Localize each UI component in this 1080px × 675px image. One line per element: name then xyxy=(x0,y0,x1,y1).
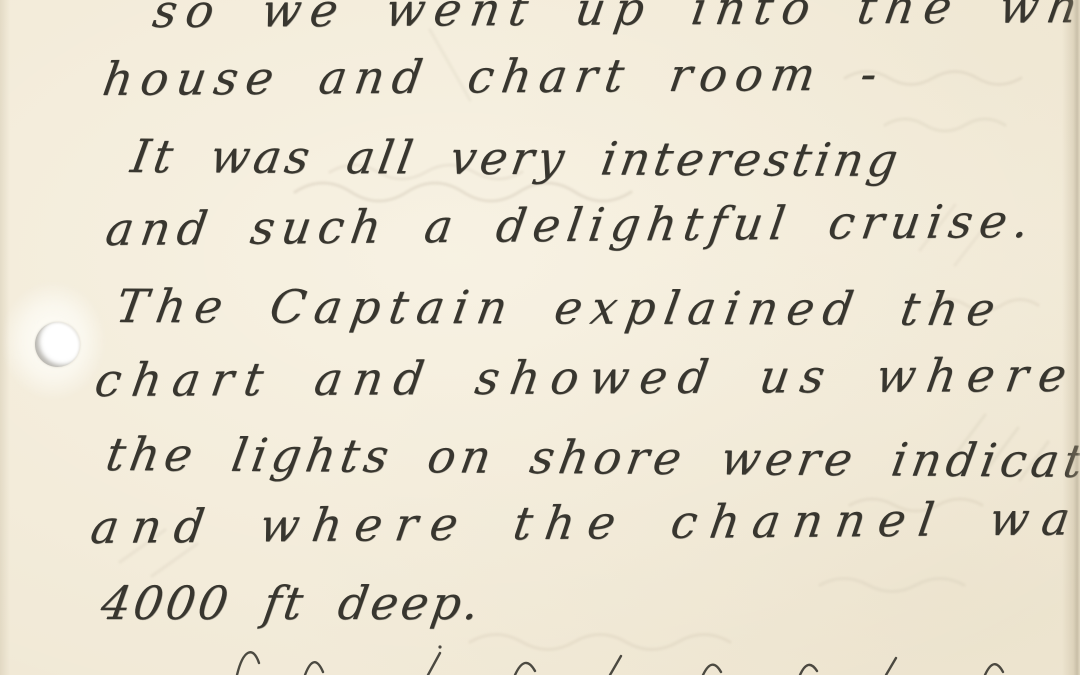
hole-punch xyxy=(35,322,80,367)
handwritten-line-9: 4000 ft deep. xyxy=(98,580,485,626)
handwritten-line-5: The Captain explained the xyxy=(113,283,1007,332)
handwritten-line-6: chart and showed us where xyxy=(92,352,1080,403)
handwritten-line-1-partial: so we went up into the wheel xyxy=(150,0,1080,34)
diary-page: so we went up into the wheel house and c… xyxy=(0,0,1080,675)
handwritten-line-7: the lights on shore were indicated xyxy=(103,431,1080,484)
paper-right-edge xyxy=(1062,0,1080,675)
paper-left-edge xyxy=(0,0,10,675)
handwritten-line-2: house and chart room - xyxy=(100,50,888,102)
handwritten-line-4: and such a delightful cruise. xyxy=(103,198,1039,252)
handwritten-line-8: and where the channel was xyxy=(88,495,1080,550)
handwritten-line-3: It was all very interesting xyxy=(128,133,905,183)
